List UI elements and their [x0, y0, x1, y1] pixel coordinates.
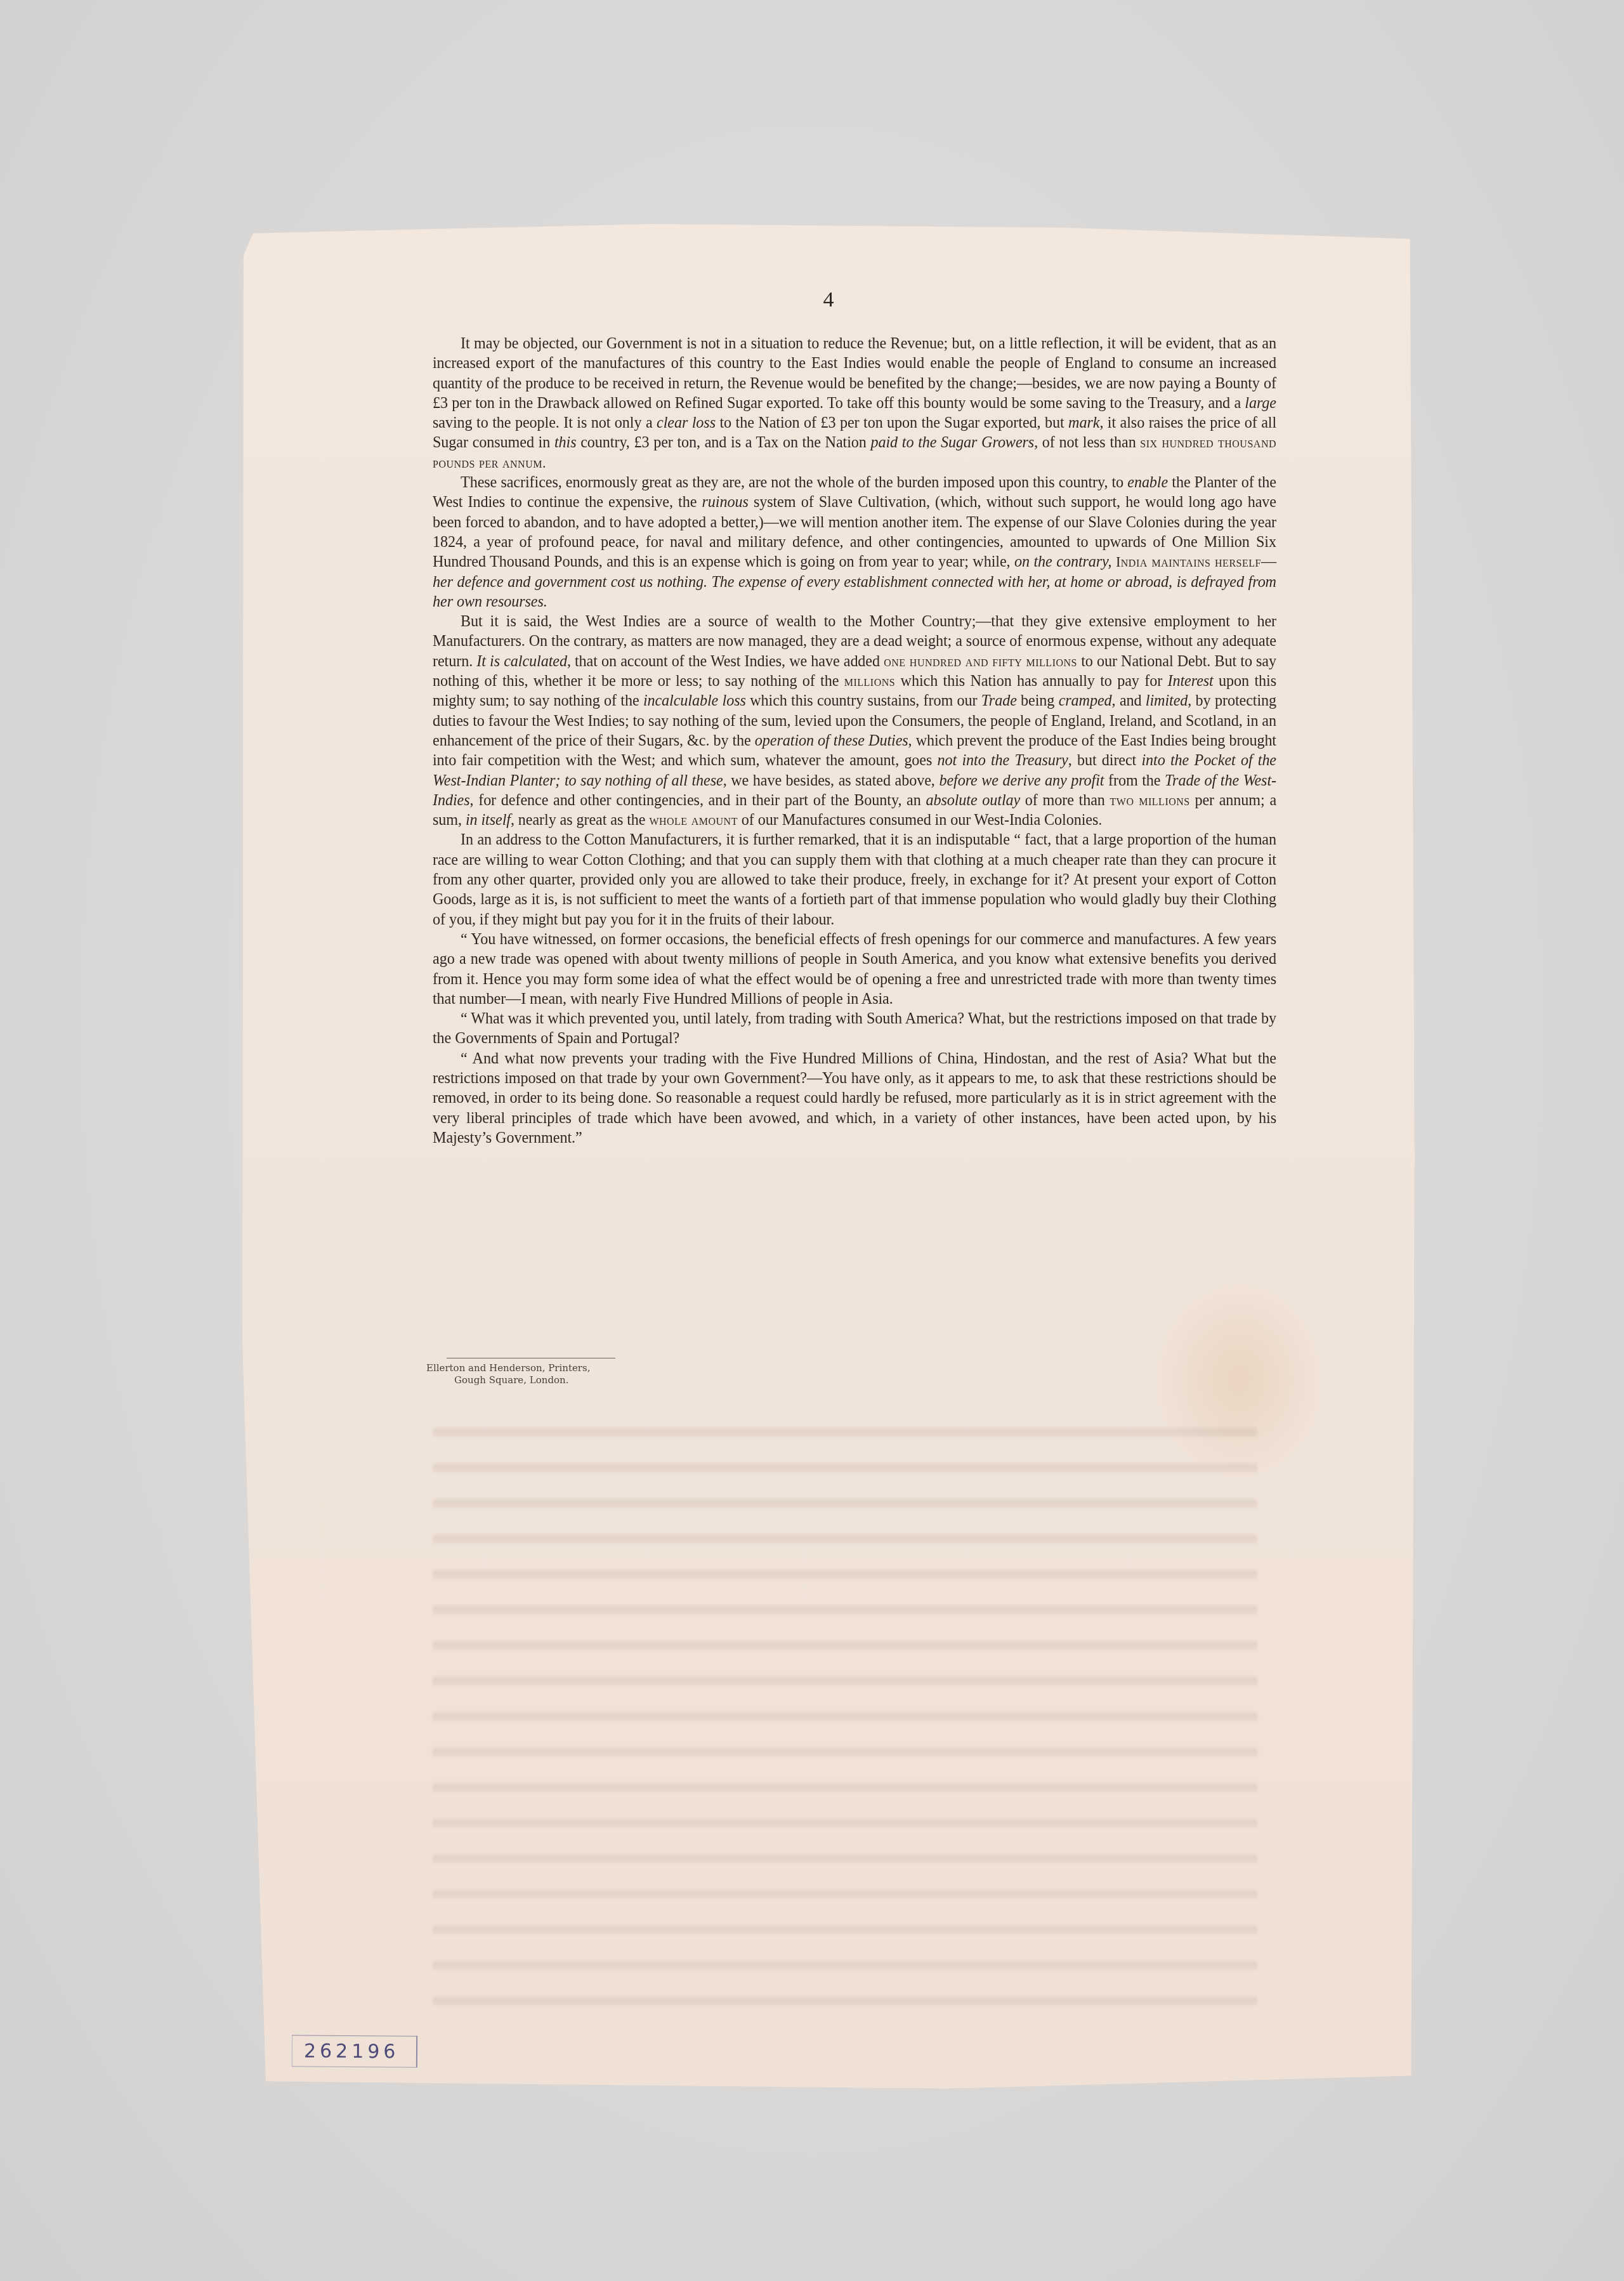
small-caps-run: two millions: [1110, 792, 1190, 808]
text-run: saving to the people. It is not only a: [433, 414, 657, 431]
accession-number: 262196: [292, 2035, 417, 2067]
text-run: In an address to the Cotton Manufacturer…: [433, 831, 1276, 928]
text-run: , nearly as great as the: [511, 812, 649, 829]
paragraph: These sacrifices, enormously great as th…: [433, 473, 1276, 612]
italic-run: operation of these Duties: [755, 732, 908, 749]
text-run: , that on account of the West Indies, we…: [567, 653, 884, 670]
page-number: 4: [242, 288, 1415, 312]
paragraph: “ You have witnessed, on former occasion…: [433, 930, 1276, 1009]
italic-run: paid to the Sugar Growers: [871, 434, 1035, 451]
show-through-texture: [433, 1428, 1257, 2030]
paragraph: “ What was it which prevented you, until…: [433, 1009, 1276, 1049]
imprint-line-2: Gough Square, London.: [426, 1374, 615, 1386]
body-text: It may be objected, our Government is no…: [433, 334, 1276, 1148]
italic-run: limited: [1146, 692, 1188, 709]
italic-run: It is calculated: [476, 653, 567, 670]
text-run: —: [1261, 553, 1276, 570]
text-run: , but direct: [1068, 752, 1142, 769]
small-caps-run: millions: [844, 673, 895, 689]
paragraph: But it is said, the West Indies are a so…: [433, 612, 1276, 830]
italic-run: not into the Treasury: [938, 752, 1068, 769]
printer-imprint: Ellerton and Henderson, Printers, Gough …: [426, 1358, 615, 1386]
text-run: It may be objected, our Government is no…: [433, 335, 1276, 412]
text-run: , for defence and other contingencies, a…: [470, 792, 926, 809]
italic-run: Interest: [1168, 673, 1214, 690]
text-run: , of not less than: [1034, 434, 1140, 451]
text-run: which this Nation has annually to pay fo…: [895, 673, 1167, 690]
italic-run: incalculable loss: [643, 692, 746, 709]
text-run: country, £3 per ton, and is a Tax on the…: [577, 434, 871, 451]
text-run: “ You have witnessed, on former occasion…: [433, 931, 1276, 1008]
text-run: “ What was it which prevented you, until…: [433, 1010, 1276, 1047]
small-caps-run: India maintains herself: [1116, 554, 1261, 570]
text-run: from the: [1104, 772, 1165, 789]
text-run: being: [1017, 692, 1059, 709]
text-run: of our Manufactures consumed in our West…: [738, 812, 1102, 829]
italic-run: large: [1245, 395, 1276, 412]
paragraph: In an address to the Cotton Manufacturer…: [433, 830, 1276, 929]
text-run: , we have besides, as stated above,: [723, 772, 940, 789]
italic-run: cramped: [1059, 692, 1112, 709]
text-run: to the Nation of £3 per ton upon the Sug…: [716, 414, 1068, 431]
document-page: 4 It may be objected, our Government is …: [242, 222, 1415, 2089]
italic-run: absolute outlay: [926, 792, 1020, 809]
imprint-rule: [447, 1358, 615, 1358]
italic-run: before we derive any profit: [939, 772, 1104, 789]
italic-run: Trade: [981, 692, 1017, 709]
paragraph: “ And what now prevents your trading wit…: [433, 1049, 1276, 1148]
italic-run: in itself: [466, 812, 511, 829]
italic-run: ruinous: [702, 494, 748, 511]
text-run: which this country sustains, from our: [746, 692, 981, 709]
text-run: “ And what now prevents your trading wit…: [433, 1050, 1276, 1147]
text-run: of more than: [1020, 792, 1110, 809]
italic-run: this: [554, 434, 577, 451]
italic-run: mark: [1068, 414, 1099, 431]
paragraph: It may be objected, our Government is no…: [433, 334, 1276, 473]
italic-run: enable: [1127, 474, 1168, 491]
italic-run: on the contrary,: [1014, 553, 1111, 570]
text-run: , and: [1112, 692, 1146, 709]
small-caps-run: whole amount: [649, 812, 738, 828]
italic-run: her defence and government cost us nothi…: [433, 574, 1276, 610]
imprint-line-1: Ellerton and Henderson, Printers,: [426, 1362, 615, 1374]
italic-run: clear loss: [657, 414, 716, 431]
small-caps-run: one hundred and fifty millions: [884, 654, 1077, 669]
text-run: These sacrifices, enormously great as th…: [461, 474, 1127, 491]
